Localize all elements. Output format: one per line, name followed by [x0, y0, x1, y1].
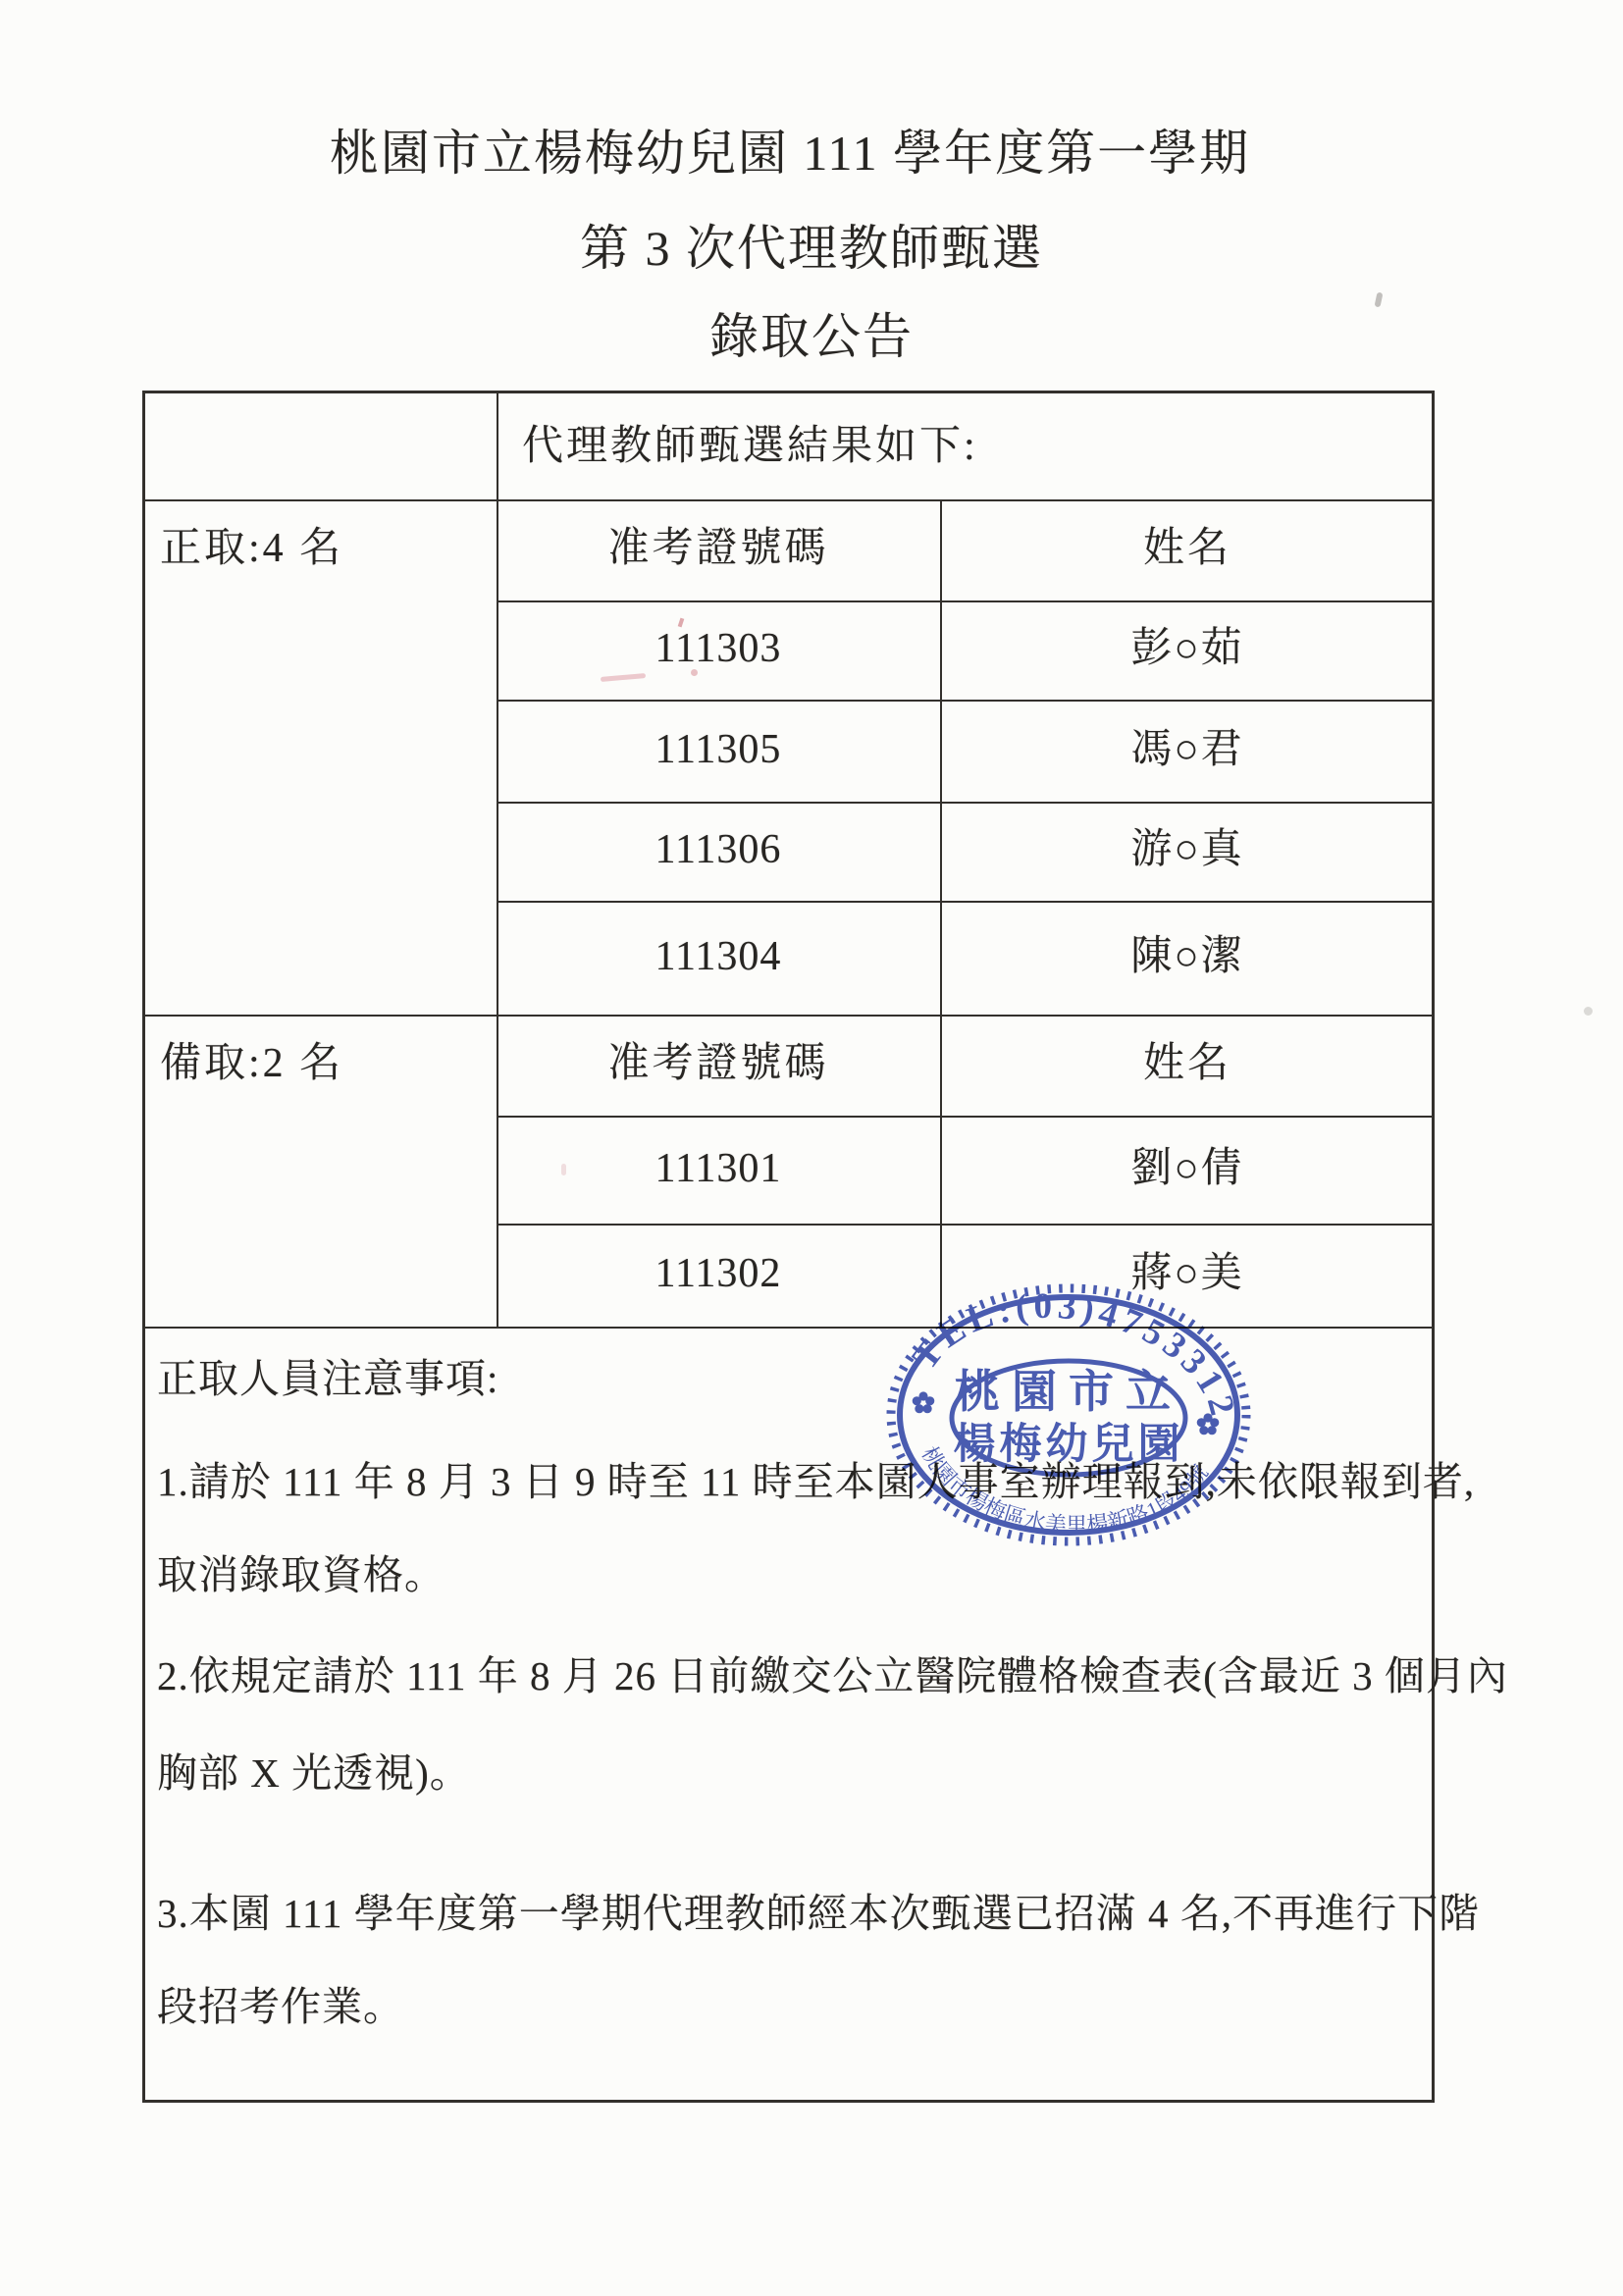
table-rule	[497, 802, 1435, 804]
col-header-name: 姓名	[940, 518, 1435, 579]
cell-name: 游○真	[940, 819, 1435, 880]
accepted-section-label: 正取:4 名	[160, 518, 343, 579]
table-rule	[497, 700, 1435, 702]
cell-name: 彭○茹	[940, 618, 1435, 679]
table-border-bottom	[142, 2100, 1435, 2103]
waitlist-section-label: 備取:2 名	[160, 1033, 343, 1094]
page-title-line1: 桃園市立楊梅幼兒園 111 學年度第一學期	[0, 123, 1580, 183]
cell-number: 111306	[497, 819, 940, 880]
note-line: 3.本園 111 學年度第一學期代理教師經本次甄選已招滿 4 名,不再進行下階	[157, 1883, 1480, 1944]
cell-number: 111301	[497, 1138, 940, 1199]
official-stamp: TEL:(03)4753312 桃園市楊梅區水美里楊新路1段49號 桃園市立 楊…	[882, 1278, 1255, 1552]
stamp-org-name-line1: 桃園市立	[955, 1367, 1182, 1417]
cell-name: 陳○潔	[940, 926, 1435, 987]
table-border-left	[142, 391, 145, 2103]
plum-blossom-icon-left	[913, 1391, 935, 1413]
cell-number: 111303	[497, 618, 940, 679]
cell-name: 劉○倩	[940, 1138, 1435, 1199]
page-title-line2: 第 3 次代理教師甄選	[0, 218, 1623, 279]
cell-number: 111304	[497, 926, 940, 987]
table-border-top	[142, 391, 1435, 393]
notes-heading: 正取人員注意事項:	[157, 1348, 498, 1409]
scanned-announcement-page: 桃園市立楊梅幼兒園 111 學年度第一學期 第 3 次代理教師甄選 錄取公告 代…	[0, 0, 1623, 2296]
page-title-line3: 錄取公告	[0, 306, 1623, 367]
result-header-cell: 代理教師甄選結果如下:	[522, 416, 978, 477]
scan-artifact	[1584, 1007, 1593, 1016]
note-line: 取消錄取資格。	[157, 1544, 445, 1605]
stamp-org-name-line2: 楊梅幼兒園	[954, 1421, 1184, 1468]
table-rule	[497, 901, 1435, 903]
cell-name: 馮○君	[940, 719, 1435, 780]
table-rule	[497, 600, 1435, 602]
table-rule	[497, 1116, 1435, 1118]
note-line: 段招考作業。	[157, 1976, 404, 2037]
col-header-number: 准考證號碼	[497, 518, 940, 579]
table-rule	[142, 1015, 1435, 1017]
col-header-name: 姓名	[940, 1033, 1435, 1094]
note-line: 胸部 X 光透視)。	[157, 1743, 471, 1803]
table-rule	[142, 499, 1435, 501]
table-rule	[497, 1224, 1435, 1226]
note-line: 1.請於 111 年 8 月 3 日 9 時至 11 時至本園人事室辦理報到,未…	[157, 1451, 1475, 1512]
cell-number: 111305	[497, 719, 940, 780]
col-header-number: 准考證號碼	[497, 1033, 940, 1094]
note-line: 2.依規定請於 111 年 8 月 26 日前繳交公立醫院體格檢查表(含最近 3…	[157, 1645, 1508, 1706]
cell-number: 111302	[497, 1243, 940, 1304]
